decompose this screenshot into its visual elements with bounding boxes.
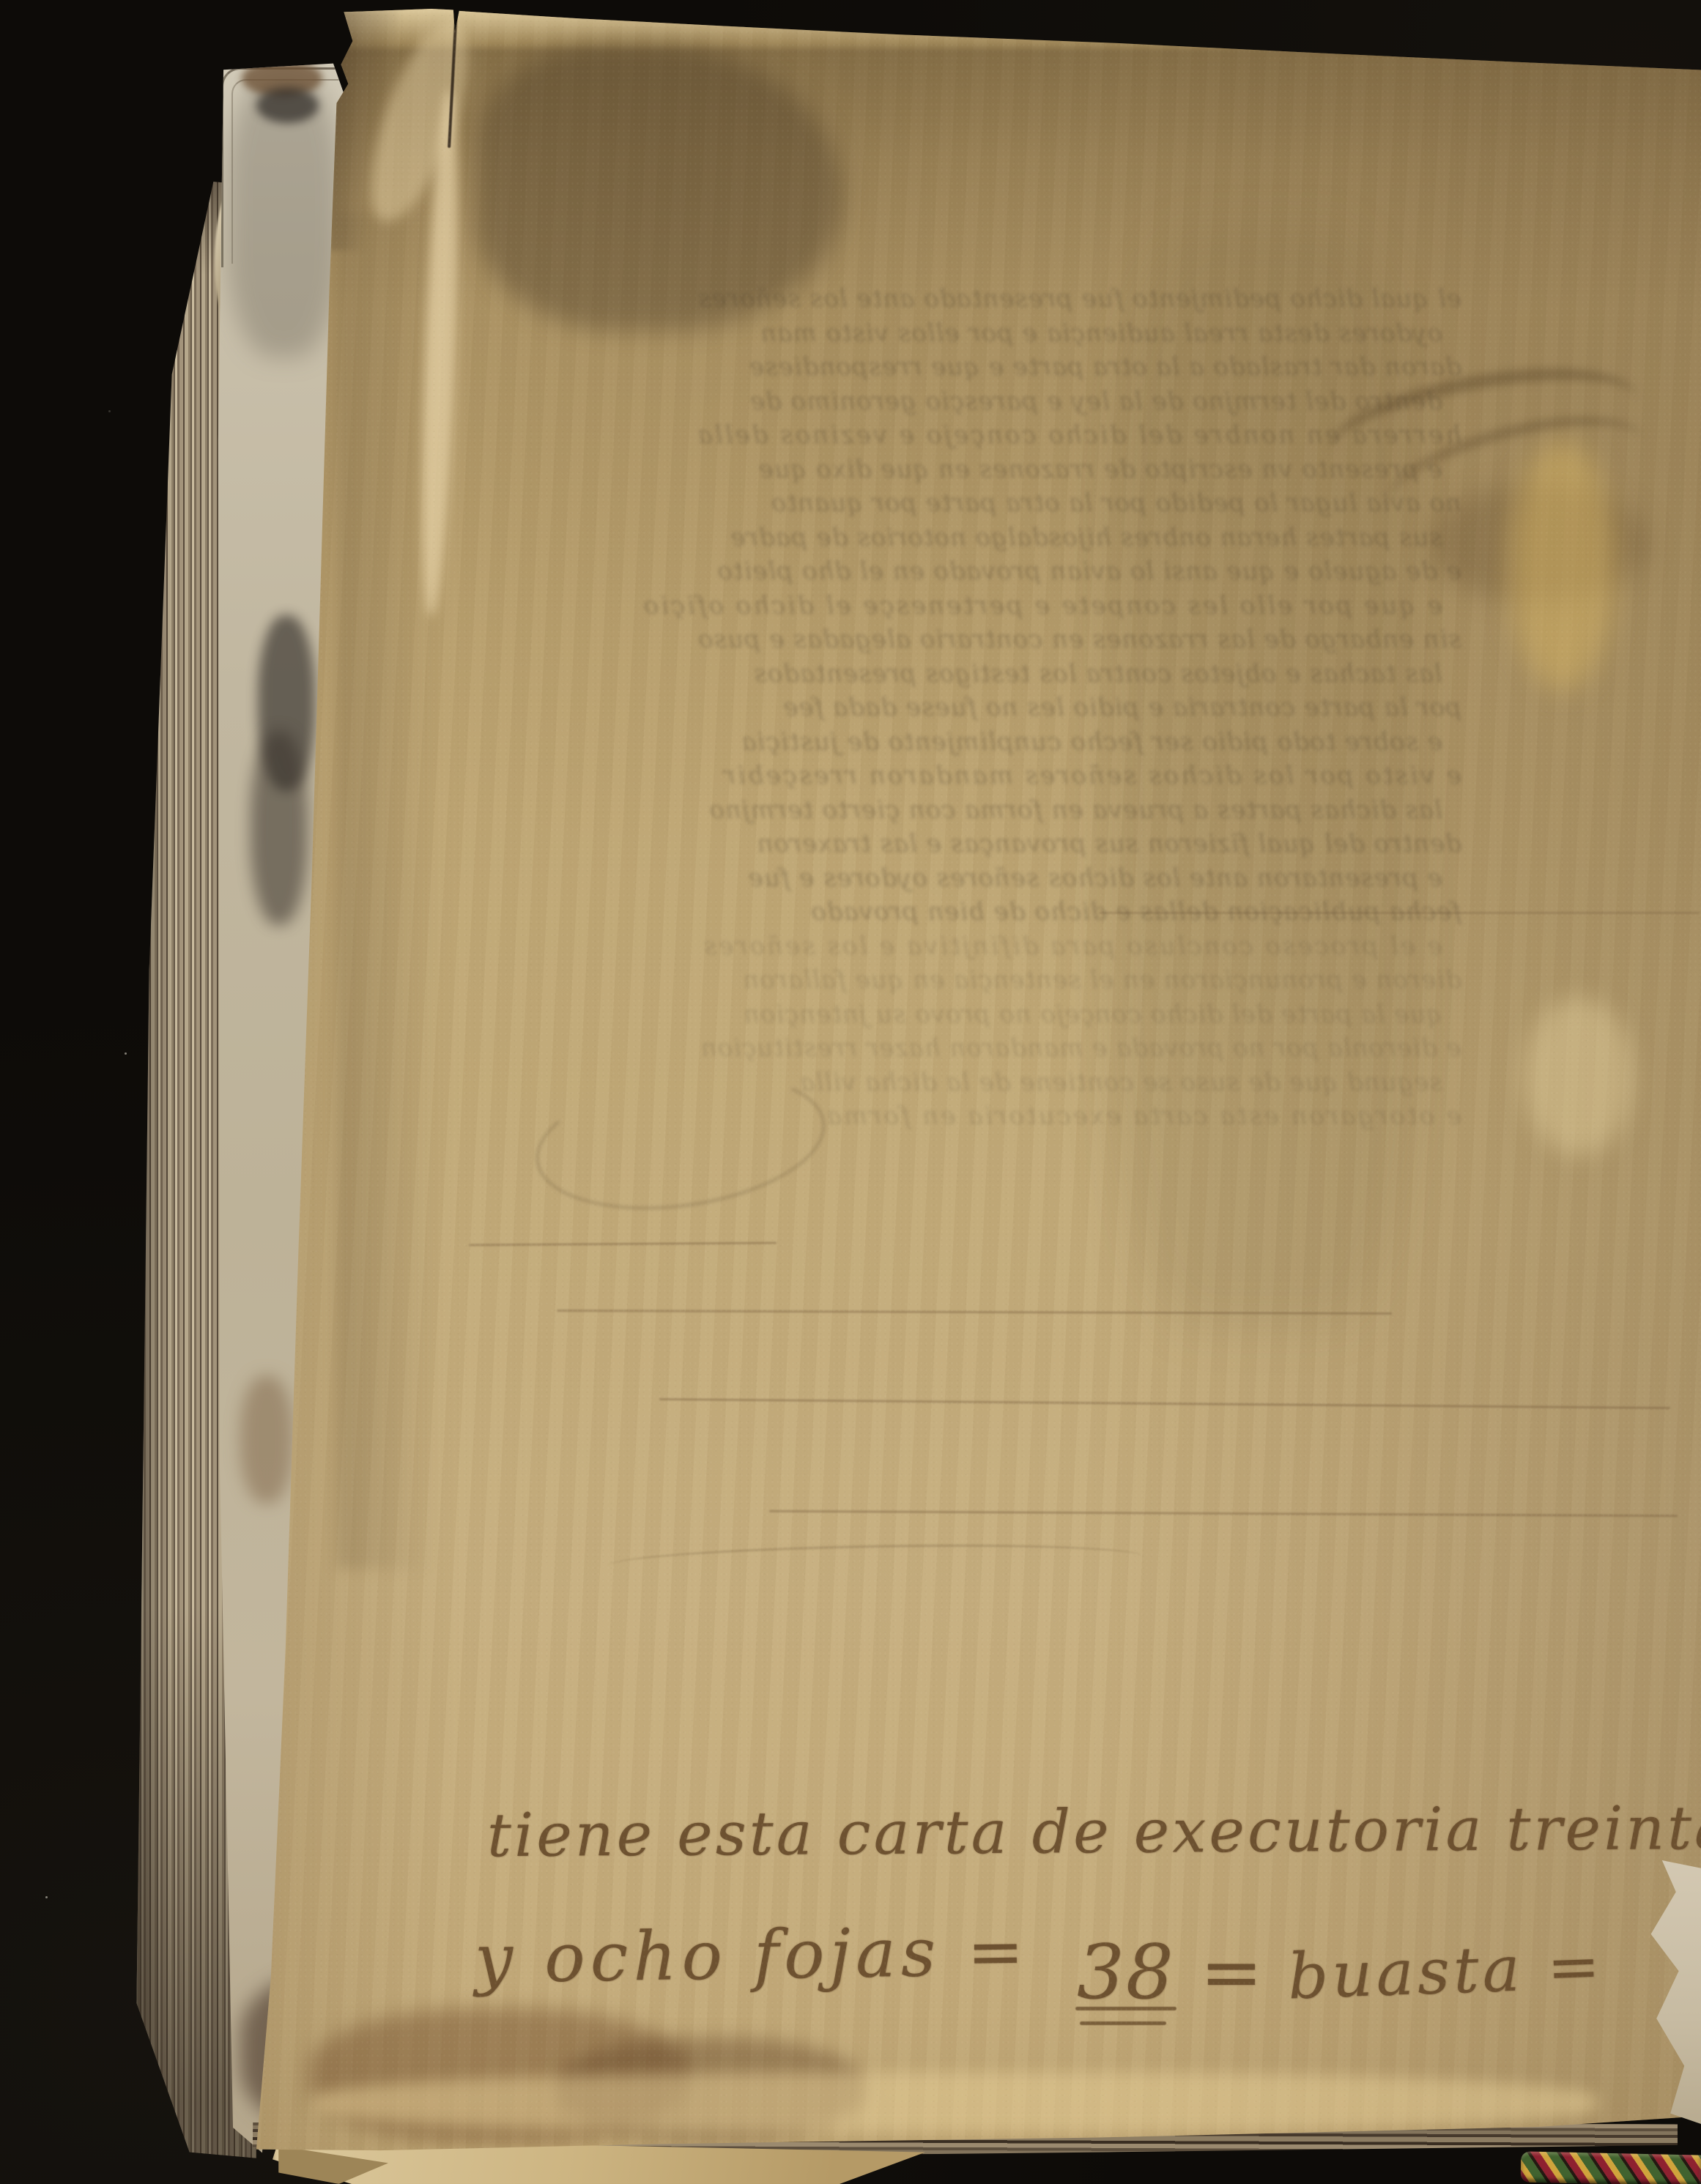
showthrough-line: e presentaron ante los dichos señores oy… — [509, 861, 1442, 896]
showthrough-line: e sobre todo pidio ser fecho cunplimjent… — [509, 725, 1442, 759]
yellow-wax-stain — [1509, 441, 1615, 690]
dust-speck — [45, 1896, 48, 1898]
showthrough-line: fecha publicaçion dellas e dicho de bien… — [509, 895, 1461, 929]
bottom-worn-band — [315, 2073, 1597, 2133]
showthrough-line: e visto por los dichos señores mandaron … — [509, 759, 1461, 793]
pale-patch — [1524, 998, 1634, 1155]
folio-number: 38 — [1077, 1929, 1175, 2016]
endband — [1521, 2151, 1701, 2184]
folio-number-underline — [1080, 2021, 1166, 2025]
showthrough-line: el qual dicho pedimjento fue presentado … — [509, 282, 1461, 316]
showthrough-line: e que por ello les conpete e pertenesçe … — [509, 589, 1442, 623]
photograph-of-manuscript: el qual dicho pedimjento fue presentado … — [0, 0, 1701, 2184]
horizontal-crease — [769, 1510, 1678, 1517]
soot-smudge — [251, 731, 308, 925]
curved-crease — [608, 1541, 1144, 1582]
folio-number-dash: = — [1200, 1929, 1264, 2016]
inscription-line-1: tiene esta carta de executoria treinta — [487, 1794, 1701, 1871]
showthrough-line: e presento vn escripto de rrazones en qu… — [509, 453, 1442, 487]
showthrough-line: sin enbargo de las rrazones en contrario… — [509, 623, 1461, 657]
showthrough-line: daron dar traslado a la otra parte e que… — [509, 350, 1461, 385]
soot-smudge — [256, 88, 319, 123]
showthrough-line: las tachas e objetos contra los testigos… — [509, 657, 1442, 691]
showthrough-line: sus partes heran onbres hijosdalgo notor… — [509, 521, 1442, 555]
folio-number-underline — [1075, 2007, 1176, 2010]
showthrough-line: que la parte del dicho conçejo no provo … — [509, 998, 1442, 1032]
dust-speck — [108, 410, 111, 412]
showthrough-line: e de aguelo e que ansi lo avian provado … — [509, 554, 1461, 589]
showthrough-line: dentro del qual fizieron sus provanças e… — [509, 827, 1461, 861]
showthrough-line: oydores desta rreal audiençia e por ello… — [509, 316, 1442, 351]
showthrough-line: e el proceso concluso para difinjtiva e … — [509, 929, 1442, 964]
inscription-folio-number: 38 = — [1077, 1929, 1264, 2016]
showthrough-line: no avia lugar lo pedido por la otra part… — [509, 486, 1461, 521]
horizontal-crease — [469, 1242, 777, 1247]
dust-speck — [125, 1052, 127, 1055]
showthrough-line: herrera en nonbre del dicho conçejo e ve… — [509, 418, 1461, 453]
showthrough-text: el qual dicho pedimjento fue presentado … — [509, 282, 1461, 1143]
showthrough-line: e dieronla por no provada e mandaron haz… — [509, 1031, 1461, 1066]
inscription-line-2-left: y ocho fojas = — [474, 1912, 1029, 1999]
showthrough-line: las dichas partes a prueva en forma con … — [509, 793, 1442, 828]
inscription-line-2-right: buasta = — [1286, 1930, 1604, 2014]
horizontal-crease — [659, 1398, 1670, 1409]
manuscript-page: el qual dicho pedimjento fue presentado … — [242, 9, 1701, 2155]
showthrough-line: e otorgaron esta carta executoria en for… — [509, 1099, 1461, 1134]
showthrough-line: segund que de suso se contiene de la dic… — [509, 1066, 1442, 1100]
showthrough-line: por la parte contraria e pidio les no fu… — [509, 691, 1461, 725]
showthrough-line: dentro del termjno de la ley e paresçio … — [509, 385, 1442, 419]
showthrough-line: dieron e pronunçiaron en el sentençia en… — [509, 963, 1461, 998]
gutter-fold-shadow — [337, 214, 432, 1569]
brown-stain — [240, 1375, 293, 1504]
